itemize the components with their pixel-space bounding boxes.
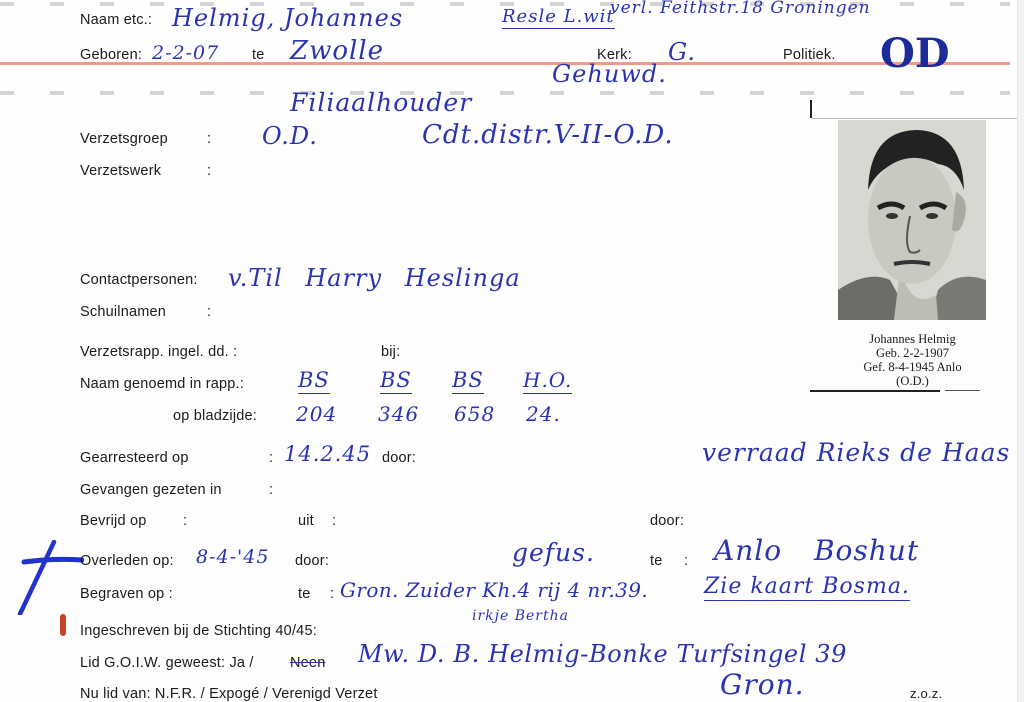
- label-colon: :: [207, 163, 211, 179]
- hw-bladzijde-1: 204: [296, 402, 337, 426]
- label-verzetsgroep: Verzetsgroep: [80, 131, 168, 147]
- portrait-icon: [838, 120, 986, 320]
- photo-rule: [812, 118, 1017, 119]
- label-gearresteerd: Gearresteerd op: [80, 450, 189, 466]
- label-op-bladzijde: op bladzijde:: [173, 408, 257, 424]
- photo-rule: [945, 390, 980, 391]
- hw-kerk: G.: [668, 38, 696, 66]
- label-contactpersonen: Contactpersonen:: [80, 272, 198, 288]
- hw-geboren-datum: 2-2-07: [152, 42, 219, 64]
- label-bij: bij:: [381, 344, 400, 360]
- card-edge: [1017, 0, 1024, 702]
- hw-beroep: Filiaalhouder: [290, 88, 472, 117]
- hw-contact: Mw. D. B. Helmig-Bonke Turfsingel 39: [358, 640, 847, 668]
- hw-begraven-notitie: Zie kaart Bosma.: [704, 574, 910, 601]
- label-geboren: Geboren:: [80, 47, 142, 63]
- label-lid-goiw: Lid G.O.I.W. geweest: Ja /: [80, 655, 254, 671]
- dashed-rule: [0, 91, 1010, 95]
- label-colon: :: [269, 450, 273, 466]
- hw-rapport-4: H.O.: [523, 368, 572, 394]
- label-overleden: Overleden op:: [80, 553, 174, 569]
- label-politiek: Politiek.: [783, 47, 836, 63]
- red-marker: [60, 614, 66, 636]
- photo-marker: [810, 100, 812, 120]
- hw-bladzijde-4: 24.: [526, 402, 561, 426]
- photo-caption-born: Geb. 2-2-1907: [815, 346, 1010, 360]
- hw-politiek: OD: [880, 30, 950, 77]
- hw-verzetsgroep: O.D.: [262, 122, 318, 150]
- label-zoz: z.o.z.: [910, 686, 942, 701]
- hw-burgerlijke-staat: Gehuwd.: [552, 60, 667, 88]
- hw-rapport-1: BS: [298, 368, 330, 394]
- hw-contact-plaats: Gron.: [720, 668, 805, 701]
- portrait-photo: [838, 120, 986, 320]
- label-verzetsrapp: Verzetsrapp. ingel. dd. :: [80, 344, 237, 360]
- label-naam: Naam etc.:: [80, 12, 152, 28]
- hw-verzetsgroep-rang: Cdt.distr.V-II-O.D.: [422, 120, 674, 150]
- label-lid-goiw-neen: Neen: [290, 655, 325, 671]
- label-naam-genoemd: Naam genoemd in rapp.:: [80, 376, 244, 392]
- hw-geboren-plaats: Zwolle: [290, 36, 384, 66]
- photo-rule: [810, 390, 940, 392]
- hw-gearresteerd-door: verraad Rieks de Haas: [702, 438, 1010, 467]
- label-geboren-te: te: [252, 47, 265, 63]
- hw-overleden-plaats: Anlo Boshut: [714, 534, 919, 567]
- photo-caption-group: (O.D.): [815, 374, 1010, 388]
- hw-begraven-plaats: Gron. Zuider Kh.4 rij 4 nr.39.: [340, 578, 648, 602]
- cross-icon: [14, 540, 84, 615]
- label-colon: :: [269, 482, 273, 498]
- label-overleden-door: door:: [295, 553, 329, 569]
- label-colon: :: [330, 586, 334, 602]
- hw-voornamen: irkje Bertha: [472, 608, 569, 624]
- hw-adres: verl. Feithstr.18 Groningen: [610, 0, 871, 18]
- photo-caption-name: Johannes Helmig: [815, 332, 1010, 346]
- label-uit: uit: [298, 513, 314, 529]
- label-bevrijd: Bevrijd op: [80, 513, 146, 529]
- hw-bladzijde-3: 658: [454, 402, 495, 426]
- hw-naam: Helmig, Johannes: [172, 4, 403, 32]
- hw-rapport-2: BS: [380, 368, 412, 394]
- label-gevangen: Gevangen gezeten in: [80, 482, 222, 498]
- label-nu-lid: Nu lid van: N.F.R. / Expogé / Verenigd V…: [80, 686, 378, 702]
- label-verzetswerk: Verzetswerk: [80, 163, 161, 179]
- hw-bladzijde-2: 346: [378, 402, 419, 426]
- label-begraven-te: te: [298, 586, 311, 602]
- label-colon: :: [207, 304, 211, 320]
- hw-contactpersonen: v.Til Harry Heslinga: [228, 264, 521, 292]
- label-schuilnamen: Schuilnamen: [80, 304, 166, 320]
- label-overleden-te: te: [650, 553, 663, 569]
- label-bevrijd-door: door:: [650, 513, 684, 529]
- label-ingeschreven: Ingeschreven bij de Stichting 40/45:: [80, 623, 317, 639]
- label-door: door:: [382, 450, 416, 466]
- label-colon: :: [183, 513, 187, 529]
- hw-gearresteerd-datum: 14.2.45: [284, 442, 371, 466]
- hw-overleden-datum: 8-4-'45: [196, 546, 269, 568]
- label-colon: :: [684, 553, 688, 569]
- label-colon: :: [332, 513, 336, 529]
- hw-naam-extra: Resle L.wit: [502, 6, 615, 29]
- label-colon: :: [207, 131, 211, 147]
- registration-card: Naam etc.: Helmig, Johannes Resle L.wit …: [0, 0, 1024, 702]
- hw-overleden-door: gefus.: [512, 538, 595, 567]
- hw-rapport-3: BS: [452, 368, 484, 394]
- photo-caption-died: Gef. 8-4-1945 Anlo: [815, 360, 1010, 374]
- label-begraven: Begraven op :: [80, 586, 173, 602]
